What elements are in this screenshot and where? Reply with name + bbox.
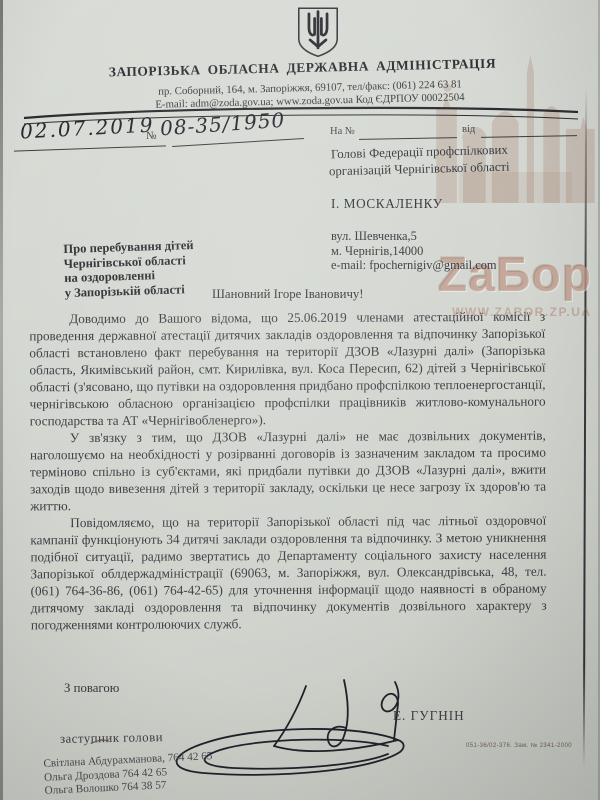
number-underline [172, 138, 304, 147]
closing-regards: З повагою [64, 681, 119, 696]
addressee-address-line: м. Чернігів,14000 [331, 244, 497, 259]
body-paragraph: Доводимо до Вашого відома, що 25.06.2019… [29, 308, 546, 430]
incoming-number-label: На № [330, 126, 355, 137]
letter-body: Доводимо до Вашого відома, що 25.06.2019… [29, 308, 547, 634]
greeting-line: Шановний Ігоре Івановичу! [212, 287, 364, 302]
addressee-name: І. МОСКАЛЕНКУ [331, 196, 443, 212]
ukraine-trident-emblem-icon [294, 6, 342, 58]
addressee-address-line: вул. Шевченка,5 [331, 229, 497, 244]
scan-left-edge-shadow [0, 0, 3, 800]
signer-name: Е. ГУГНІН [393, 708, 465, 724]
date-underline [14, 145, 166, 151]
addressee-address: вул. Шевченка,5 м. Чернігів,14000 e-mail… [331, 229, 497, 273]
body-paragraph: Повідомляємо, що на території Запорізько… [30, 512, 547, 634]
contact-persons-list: Світлана Абдурахманова, 764 42 65 Ольга … [43, 750, 214, 798]
number-sign-label: № [146, 130, 157, 142]
addressee-address-line: e-mail: fpochernigiv@gmail.com [331, 258, 497, 273]
scanned-letter-page: ZаБор WWW.ZABOR.ZP.UA ЗАПОРІЗЬКА ОБЛАСНА… [0, 0, 600, 800]
incoming-date-label: від [462, 124, 475, 135]
form-print-code: 051-36/02-376. Зам. № 2341-2000 [466, 743, 572, 749]
subject-line: у Запорізькій області [64, 282, 195, 301]
subject-block: Про перебування дітей Чернігівської обла… [63, 238, 195, 300]
body-paragraph: У зв'язку з тим, що ДЗОВ «Лазурні далі» … [30, 427, 546, 515]
